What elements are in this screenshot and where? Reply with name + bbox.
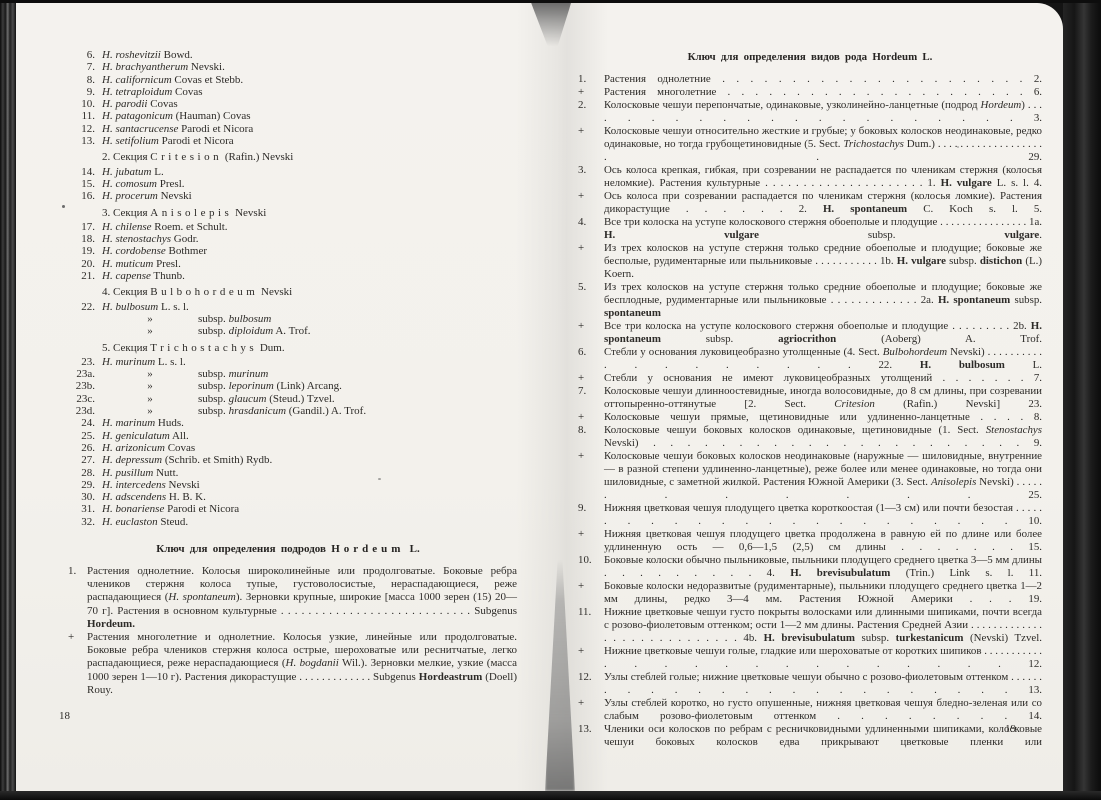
entry-text: Нижняя цветковая чешуя плодущего цветка …	[604, 502, 1042, 527]
entry-text: Растения многолетние и однолетние. Колос…	[87, 631, 517, 696]
item-text: H. patagonicum (Hauman) Covas	[102, 110, 250, 122]
item-number: 19.	[59, 245, 95, 257]
right-page: Ключ для определения видов рода Hordeum …	[578, 50, 1042, 749]
entry-number: 6.	[578, 346, 602, 359]
item-number: 23c.	[59, 393, 95, 405]
list-item: 14.H. jubatum L.	[59, 166, 517, 178]
entry-number: 10.	[578, 554, 602, 567]
item-text: »subsp. murinum	[102, 368, 268, 380]
list-item: 2. Секция Critesion (Rafin.) Nevski	[59, 151, 517, 163]
key-title-genus: Hordeum	[872, 51, 917, 63]
species-key-title: Ключ для определения видов рода Hordeum …	[578, 50, 1042, 64]
entry-text: Колосковые чешуи прямые, щетиновидные ил…	[604, 411, 1042, 423]
entry-text: Ось колоса крепкая, гибкая, при созреван…	[604, 164, 1042, 189]
list-item: 32.H. euclaston Steud.	[59, 516, 517, 528]
entry-text: Боковые колоски недоразвитые (рудиментар…	[604, 580, 1042, 605]
list-item: 21.H. capense Thunb.	[59, 270, 517, 282]
item-number: 17.	[59, 221, 95, 233]
list-item: 16.H. procerum Nevski	[59, 190, 517, 202]
item-number: 14.	[59, 166, 95, 178]
item-text: 3. Секция Anisolepis Nevski	[102, 207, 266, 219]
item-number: 18.	[59, 233, 95, 245]
entry-text: Все три колоска на уступе колоскового ст…	[604, 216, 1042, 241]
entry-number: 1.	[578, 73, 602, 86]
scan-edge-top	[0, 0, 1101, 3]
key-entry: +Растения многолетние и однолетние. Коло…	[59, 631, 517, 697]
item-number: 13.	[59, 135, 95, 147]
list-item: 4. Секция Bulbohordeum Nevski	[59, 286, 517, 298]
list-item: 10.H. parodii Covas	[59, 98, 517, 110]
entry-number: +	[578, 125, 602, 138]
key-entry: 8.Колосковые чешуи боковых колосков один…	[578, 424, 1042, 450]
item-number: 23.	[59, 356, 95, 368]
subgenus-key-title: Ключ для определения подродов Hordeum L.	[59, 542, 517, 556]
entry-text: Нижние цветковые чешуи голые, гладкие ил…	[604, 645, 1042, 670]
item-number: 9.	[59, 86, 95, 98]
item-text: H. muticum Presl.	[102, 258, 181, 270]
list-item: 9.H. tetraploidum Covas	[59, 86, 517, 98]
entry-text: Колосковые чешуи относительно жесткие и …	[604, 125, 1042, 163]
key-entry: +Колосковые чешуи прямые, щетиновидные и…	[578, 411, 1042, 424]
list-item: 17.H. chilense Roem. et Schult.	[59, 221, 517, 233]
item-number: 24.	[59, 417, 95, 429]
entry-number: +	[578, 528, 602, 541]
book-spread: 6.H. roshevitzii Bowd. 7.H. brachyanther…	[0, 0, 1101, 800]
entry-number: 1.	[68, 565, 92, 578]
item-text: H. brachyantherum Nevski.	[102, 61, 225, 73]
subgenus-key: 1.Растения однолетние. Колосья широколин…	[59, 565, 517, 697]
list-item: 12.H. santacrucense Parodi et Nicora	[59, 123, 517, 135]
entry-number: +	[578, 580, 602, 593]
key-entry: 12.Узлы стеблей голые; нижние цветковые …	[578, 671, 1042, 697]
list-item: 30.H. adscendens H. B. K.	[59, 491, 517, 503]
item-text: »subsp. leporinum (Link) Arcang.	[102, 380, 342, 392]
item-text: H. cordobense Bothmer	[102, 245, 207, 257]
item-text: H. geniculatum All.	[102, 430, 189, 442]
entry-number: 12.	[578, 671, 602, 684]
item-text: H. santacrucense Parodi et Nicora	[102, 123, 253, 135]
item-text: H. arizonicum Covas	[102, 442, 195, 454]
page-number-left: 18	[59, 710, 70, 722]
entry-number: 8.	[578, 424, 602, 437]
entry-text: Колосковые чешуи длинноостевидные, иногд…	[604, 385, 1042, 410]
item-number: 32.	[59, 516, 95, 528]
entry-text: Все три колоска на уступе колоскового ст…	[604, 320, 1042, 345]
list-item: »subsp. diploidum A. Trof.	[59, 325, 517, 337]
key-entry: 4.Все три колоска на уступе колоскового …	[578, 216, 1042, 242]
list-item: 13.H. setifolium Parodi et Nicora	[59, 135, 517, 147]
entry-text: Колосковые чешуи боковых колосков неодин…	[604, 450, 1042, 501]
list-item: 23c.»subsp. glaucum (Steud.) Tzvel.	[59, 393, 517, 405]
entry-text: Растения однолетние. Колосья широколиней…	[87, 565, 517, 630]
list-item: 11.H. patagonicum (Hauman) Covas	[59, 110, 517, 122]
list-item: 6.H. roshevitzii Bowd.	[59, 49, 517, 61]
entry-number: +	[578, 645, 602, 658]
list-item: 3. Секция Anisolepis Nevski	[59, 207, 517, 219]
list-item: 7.H. brachyantherum Nevski.	[59, 61, 517, 73]
key-entry: 6.Стебли у основания луковицеобразно уто…	[578, 346, 1042, 372]
item-text: H. bulbosum L. s. l.	[102, 301, 189, 313]
key-entry: 7.Колосковые чешуи длинноостевидные, ино…	[578, 385, 1042, 411]
key-entry: +Растения многолетние . . . . . . . . . …	[578, 86, 1042, 99]
entry-number: +	[578, 190, 602, 203]
item-text: H. setifolium Parodi et Nicora	[102, 135, 234, 147]
item-number: 28.	[59, 467, 95, 479]
entry-text: Растения многолетние . . . . . . . . . .…	[604, 86, 1042, 98]
key-entry: 3.Ось колоса крепкая, гибкая, при созрев…	[578, 164, 1042, 190]
item-number: 29.	[59, 479, 95, 491]
item-text: H. capense Thunb.	[102, 270, 185, 282]
entry-number: 2.	[578, 99, 602, 112]
item-number: 8.	[59, 74, 95, 86]
item-text: H. chilense Roem. et Schult.	[102, 221, 228, 233]
list-item: 23.H. murinum L. s. l.	[59, 356, 517, 368]
entry-number: 13.	[578, 723, 602, 736]
item-text: »subsp. bulbosum	[102, 313, 271, 325]
item-text: H. murinum L. s. l.	[102, 356, 186, 368]
list-item: 31.H. bonariense Parodi et Nicora	[59, 503, 517, 515]
list-item: »subsp. bulbosum	[59, 313, 517, 325]
entry-number: 3.	[578, 164, 602, 177]
item-number: 31.	[59, 503, 95, 515]
list-item: 19.H. cordobense Bothmer	[59, 245, 517, 257]
item-text: H. euclaston Steud.	[102, 516, 188, 528]
entry-text: Нижние цветковые чешуи густо покрыты вол…	[604, 606, 1042, 644]
left-page: 6.H. roshevitzii Bowd. 7.H. brachyanther…	[59, 49, 517, 697]
item-text: H. californicum Covas et Stebb.	[102, 74, 243, 86]
key-title-genus: Hordeum	[331, 543, 404, 555]
item-number: 23a.	[59, 368, 95, 380]
entry-text: Узлы стеблей коротко, но густо опушенные…	[604, 697, 1042, 722]
entry-number: 7.	[578, 385, 602, 398]
item-number: 23b.	[59, 380, 95, 392]
entry-number: 4.	[578, 216, 602, 229]
item-text: 2. Секция Critesion (Rafin.) Nevski	[102, 151, 293, 163]
list-item: 23d.»subsp. hrasdanicum (Gandil.) A. Tro…	[59, 405, 517, 417]
entry-text: Узлы стеблей голые; нижние цветковые чеш…	[604, 671, 1042, 696]
item-text: H. procerum Nevski	[102, 190, 192, 202]
entry-text: Колосковые чешуи боковых колосков одинак…	[604, 424, 1042, 449]
entry-text: Ось колоса при созревании распадается по…	[604, 190, 1042, 215]
key-entry: +Нижняя цветковая чешуя плодущего цветка…	[578, 528, 1042, 554]
key-entry: +Боковые колоски недоразвитые (рудимента…	[578, 580, 1042, 606]
key-entry: 2.Колосковые чешуи перепончатые, одинако…	[578, 99, 1042, 125]
list-item: 28.H. pusillum Nutt.	[59, 467, 517, 479]
entry-number: 5.	[578, 281, 602, 294]
entry-number: +	[578, 411, 602, 424]
item-number: 11.	[59, 110, 95, 122]
key-entry: 13.Членики оси колосков по ребрам с ресн…	[578, 723, 1042, 749]
entry-number: +	[578, 86, 602, 99]
item-text: H. intercedens Nevski	[102, 479, 200, 491]
item-number: 23d.	[59, 405, 95, 417]
entry-text: Из трех колосков на уступе стержня тольк…	[604, 242, 1042, 280]
key-entry: 10.Боковые колоски обычно пыльниковые, п…	[578, 554, 1042, 580]
list-item: 15.H. comosum Presl.	[59, 178, 517, 190]
item-number: 7.	[59, 61, 95, 73]
entry-number: +	[578, 242, 602, 255]
entry-text: Стебли у основания не имеют луковицеобра…	[604, 372, 1042, 384]
page-number-right: 19	[1005, 723, 1016, 735]
entry-text: Нижняя цветковая чешуя плодущего цветка …	[604, 528, 1042, 553]
item-text: H. bonariense Parodi et Nicora	[102, 503, 239, 515]
entry-number: +	[578, 320, 602, 333]
item-number: 6.	[59, 49, 95, 61]
entry-number: 11.	[578, 606, 602, 619]
item-text: H. parodii Covas	[102, 98, 178, 110]
item-number: 16.	[59, 190, 95, 202]
key-title-post: L.	[922, 51, 932, 63]
scan-edge-left	[0, 0, 16, 800]
item-text: 4. Секция Bulbohordeum Nevski	[102, 286, 292, 298]
entry-number: +	[578, 372, 602, 385]
key-entry: 11.Нижние цветковые чешуи густо покрыты …	[578, 606, 1042, 645]
item-text: H. pusillum Nutt.	[102, 467, 178, 479]
key-title-pre: Ключ для определения подродов	[156, 543, 326, 555]
item-number: 26.	[59, 442, 95, 454]
item-text: H. adscendens H. B. K.	[102, 491, 206, 503]
item-text: H. depressum (Schrib. et Smith) Rydb.	[102, 454, 272, 466]
key-title-pre: Ключ для определения видов рода	[688, 51, 868, 63]
item-text: H. marinum Huds.	[102, 417, 184, 429]
list-item: 24.H. marinum Huds.	[59, 417, 517, 429]
item-text: 5. Секция Trichostachys Dum.	[102, 342, 285, 354]
item-text: H. tetraploidum Covas	[102, 86, 203, 98]
key-entry: 1.Растения однолетние . . . . . . . . . …	[578, 73, 1042, 86]
list-item: 18.H. stenostachys Godr.	[59, 233, 517, 245]
list-item: 27.H. depressum (Schrib. et Smith) Rydb.	[59, 454, 517, 466]
key-entry: +Колосковые чешуи боковых колосков неоди…	[578, 450, 1042, 502]
list-item: 22.H. bulbosum L. s. l.	[59, 301, 517, 313]
list-item: 23b.»subsp. leporinum (Link) Arcang.	[59, 380, 517, 392]
entry-text: Растения однолетние . . . . . . . . . . …	[604, 73, 1042, 85]
key-entry: +Ось колоса при созревании распадается п…	[578, 190, 1042, 216]
entry-number: 9.	[578, 502, 602, 515]
key-entry: +Нижние цветковые чешуи голые, гладкие и…	[578, 645, 1042, 671]
list-item: 25.H. geniculatum All.	[59, 430, 517, 442]
entry-number: +	[578, 697, 602, 710]
entry-text: Стебли у основания луковицеобразно утолщ…	[604, 346, 1042, 371]
item-text: »subsp. glaucum (Steud.) Tzvel.	[102, 393, 335, 405]
key-entry: +Стебли у основания не имеют луковицеобр…	[578, 372, 1042, 385]
list-item: 5. Секция Trichostachys Dum.	[59, 342, 517, 354]
item-number: 25.	[59, 430, 95, 442]
list-item: 26.H. arizonicum Covas	[59, 442, 517, 454]
entry-text: Боковые колоски обычно пыльниковые, пыль…	[604, 554, 1042, 579]
scan-edge-right	[1063, 0, 1101, 800]
entry-number: +	[578, 450, 602, 463]
item-number: 15.	[59, 178, 95, 190]
entry-text: Из трех колосков на уступе стержня тольк…	[604, 281, 1042, 319]
key-entry: +Колосковые чешуи относительно жесткие и…	[578, 125, 1042, 164]
item-number: 30.	[59, 491, 95, 503]
item-text: H. comosum Presl.	[102, 178, 185, 190]
key-entry: 9.Нижняя цветковая чешуя плодущего цветк…	[578, 502, 1042, 528]
species-list: 6.H. roshevitzii Bowd. 7.H. brachyanther…	[59, 49, 517, 528]
scan-edge-bottom	[0, 791, 1101, 800]
entry-number: +	[68, 631, 92, 644]
item-number: 22.	[59, 301, 95, 313]
item-text: H. jubatum L.	[102, 166, 164, 178]
key-entry: 5.Из трех колосков на уступе стержня тол…	[578, 281, 1042, 320]
list-item: 23a.»subsp. murinum	[59, 368, 517, 380]
key-entry: +Из трех колосков на уступе стержня толь…	[578, 242, 1042, 281]
key-entry: +Все три колоска на уступе колоскового с…	[578, 320, 1042, 346]
key-entry: 1.Растения однолетние. Колосья широколин…	[59, 565, 517, 631]
item-text: »subsp. hrasdanicum (Gandil.) A. Trof.	[102, 405, 366, 417]
item-number: 21.	[59, 270, 95, 282]
item-number: 27.	[59, 454, 95, 466]
item-number: 20.	[59, 258, 95, 270]
list-item: 29.H. intercedens Nevski	[59, 479, 517, 491]
entry-text: Членики оси колосков по ребрам с ресничк…	[604, 723, 1042, 748]
species-key: 1.Растения однолетние . . . . . . . . . …	[578, 73, 1042, 749]
item-text: »subsp. diploidum A. Trof.	[102, 325, 310, 337]
list-item: 20.H. muticum Presl.	[59, 258, 517, 270]
list-item: 8.H. californicum Covas et Stebb.	[59, 74, 517, 86]
key-title-post: L.	[410, 543, 420, 555]
item-number: 10.	[59, 98, 95, 110]
item-text: H. roshevitzii Bowd.	[102, 49, 193, 61]
entry-text: Колосковые чешуи перепончатые, одинаковы…	[604, 99, 1042, 124]
item-number: 12.	[59, 123, 95, 135]
key-entry: +Узлы стеблей коротко, но густо опушенны…	[578, 697, 1042, 723]
item-text: H. stenostachys Godr.	[102, 233, 199, 245]
